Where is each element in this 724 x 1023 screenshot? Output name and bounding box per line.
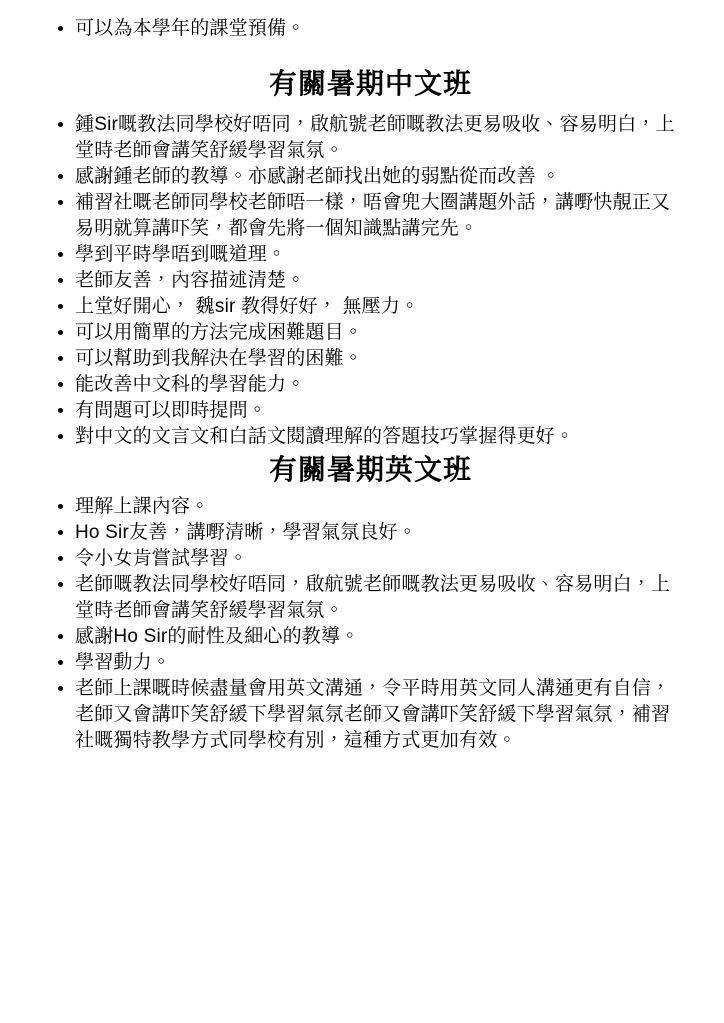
bullet-item: 可以幫助到我解決在學習的困難。 — [0, 346, 684, 372]
bullet-item: 補習社嘅老師同學校老師唔一樣，唔會兜大圈講題外話，講嘢快靚正又易明就算講吓笑，都… — [0, 190, 684, 242]
bullet-item: 對中文的文言文和白話文閱讀理解的答題技巧掌握得更好。 — [0, 424, 684, 450]
intro-bullet-list: 可以為本學年的課堂預備。 — [0, 16, 724, 42]
bullet-item: 老師友善，內容描述清楚。 — [0, 268, 684, 294]
bullet-item: 學習動力。 — [0, 650, 684, 676]
document-page: 可以為本學年的課堂預備。 有關暑期中文班 鍾Sir嘅教法同學校好唔同，啟航號老師… — [0, 0, 724, 1023]
bullet-item: 可以用簡單的方法完成困難題目。 — [0, 320, 684, 346]
bullet-item: 上堂好開心， 魏sir 教得好好， 無壓力。 — [0, 294, 684, 320]
bullet-item: 感謝鍾老師的教導。亦感謝老師找出她的弱點從而改善 。 — [0, 164, 684, 190]
chinese-class-bullet-list: 鍾Sir嘅教法同學校好唔同，啟航號老師嘅教法更易吸收、容易明白，上堂時老師會講笑… — [0, 112, 724, 450]
bullet-item: 有問題可以即時提問。 — [0, 398, 684, 424]
bullet-item: Ho Sir友善，講嘢清晰，學習氣氛良好。 — [0, 520, 684, 546]
heading-summer-chinese-class: 有關暑期中文班 — [57, 68, 684, 100]
bullet-item: 感謝Ho Sir的耐性及細心的教導。 — [0, 624, 684, 650]
heading-summer-english-class: 有關暑期英文班 — [57, 454, 684, 486]
bullet-item: 令小女肯嘗試學習。 — [0, 546, 684, 572]
bullet-item: 能改善中文科的學習能力。 — [0, 372, 684, 398]
section-summer-english-class: 有關暑期英文班 理解上課內容。Ho Sir友善，講嘢清晰，學習氣氛良好。令小女肯… — [0, 454, 724, 754]
bullet-item: 老師上課嘅時候盡量會用英文溝通，令平時用英文同人溝通更有自信，老師又會講吓笑舒緩… — [0, 676, 684, 754]
bullet-item: 鍾Sir嘅教法同學校好唔同，啟航號老師嘅教法更易吸收、容易明白，上堂時老師會講笑… — [0, 112, 684, 164]
english-class-bullet-list: 理解上課內容。Ho Sir友善，講嘢清晰，學習氣氛良好。令小女肯嘗試學習。老師嘅… — [0, 494, 724, 754]
section-summer-chinese-class: 有關暑期中文班 鍾Sir嘅教法同學校好唔同，啟航號老師嘅教法更易吸收、容易明白，… — [0, 68, 724, 450]
bullet-item: 學到平時學唔到嘅道理。 — [0, 242, 684, 268]
bullet-item: 理解上課內容。 — [0, 494, 684, 520]
bullet-item: 可以為本學年的課堂預備。 — [0, 16, 684, 42]
bullet-item: 老師嘅教法同學校好唔同，啟航號老師嘅教法更易吸收、容易明白，上堂時老師會講笑舒緩… — [0, 572, 684, 624]
